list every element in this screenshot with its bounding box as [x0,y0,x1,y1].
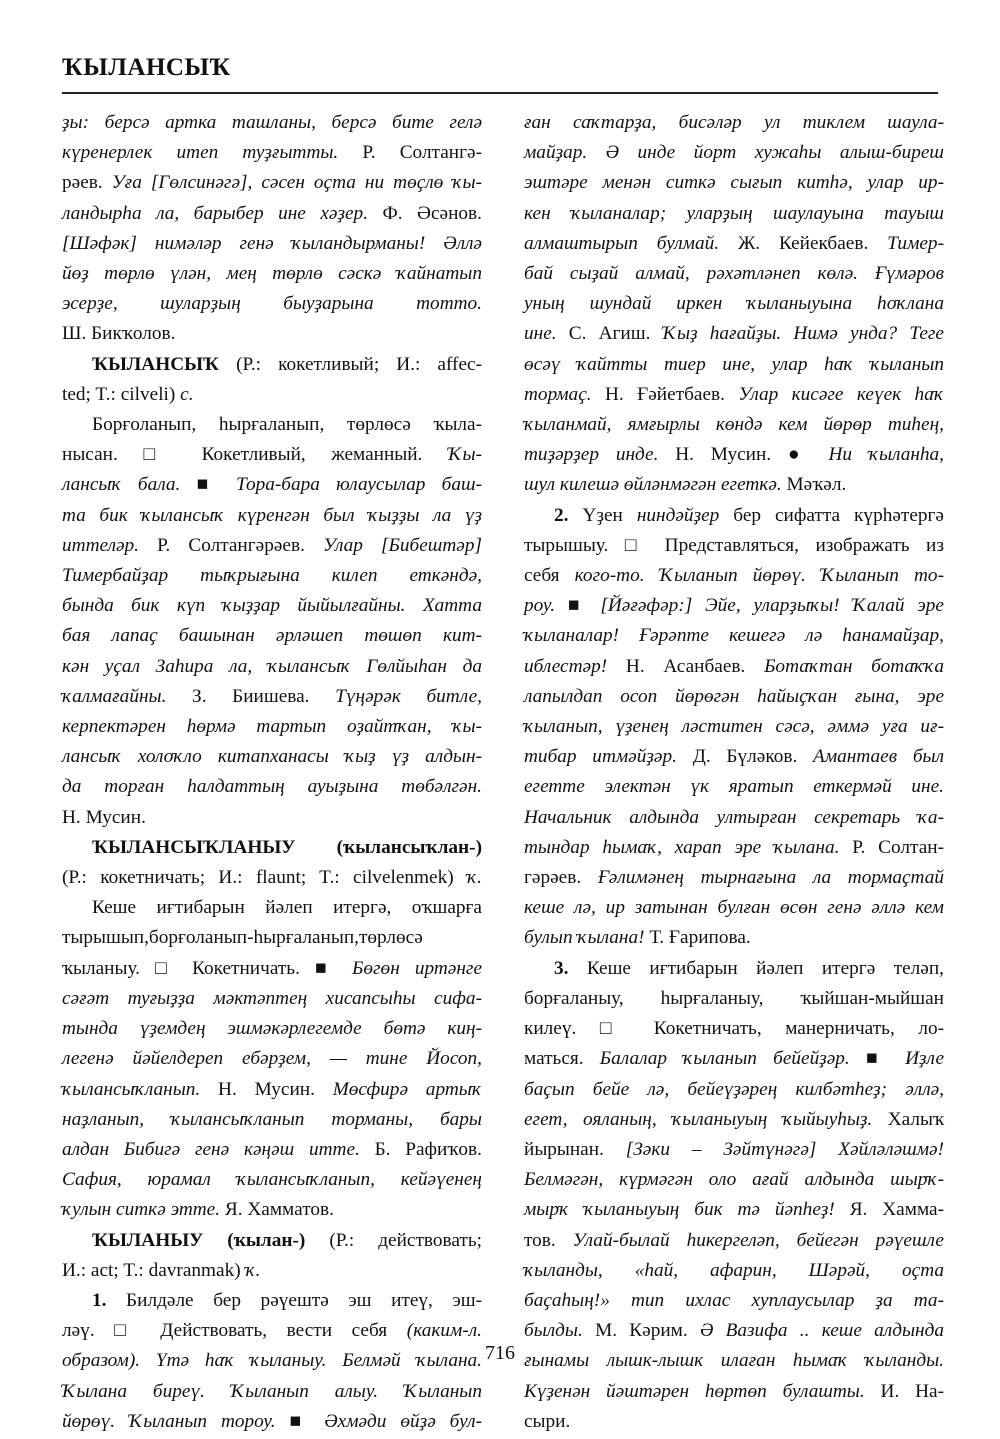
example-text: былды. [524,1320,595,1341]
example-text: Тора-бара юлаусылар баш- [236,474,482,495]
text-line: мырҡ ҡыланыуың бик тә йәпһеҙ! Я. Хамма- [524,1195,944,1225]
example-text: Ә Вазифа .. кеше алдында [700,1320,944,1341]
text-line: тырышып,борғоланып-һырғаланып,төрлөсә [62,923,482,953]
text-line: Ш. Бикҡолов. [62,319,482,349]
text-line: тиҙәрҙер инде. Н. Мусин. ● Ни ҡыланһа, [524,440,944,470]
example-text: Тимербайҙар тыҡрығына килеп еткәндә, [62,565,482,586]
body-text: И. На- [881,1381,944,1402]
text-line: ландырһа ла, барыбер ине хәҙер. Ф. Әсәно… [62,199,482,229]
text-line: Борғоланып, һырғаланып, төрлөсә ҡыла- [62,410,482,440]
example-text: с. [180,384,193,405]
text-line: нысан. □ Кокетливый, жеманный. Ҡы- [62,440,482,470]
body-text: Р. Солтангәрәев. [157,535,323,556]
text-line: уның шундай иркен ҡыланыуына һоҡлана [524,289,944,319]
text-line: роу. ■ [Йәғәфәр:] Эйе, уларҙыҡы! Ҡалай э… [524,591,944,621]
text-line: себя кого-то. Ҡыланып йөрөү. Ҡыланып то- [524,561,944,591]
example-text: егетте электән үк яратып еткермәй ине. [524,776,944,797]
example-text: уның шундай иркен ҡыланыуына һоҡлана [524,293,944,314]
example-text: Бөгөн иртәнге [352,958,482,979]
text-line: тов. Улай-былай һикергеләп, бейегән рәүе… [524,1226,944,1256]
example-text: Күҙенән йәштәрен һөртөп булашты. [524,1381,881,1402]
text-line: баҫып бейе лә, бейеүҙәрең килбәтһеҙ; әлл… [524,1075,944,1105]
example-text: бай сыҙай алмай, рәхәтләнеп көлә. Ғүмәро… [524,263,944,284]
body-text: гәрәев. [524,867,598,888]
headword: (ҡылансыҡлан-) [295,837,482,858]
text-line: лансыҡ холоҡло китапханасы ҡыҙ үҙ алдын- [62,742,482,772]
text-line: керпектәрен һөрмә тартып оҙайтҡан, ҡы- [62,712,482,742]
text-line: ған саҡтарҙа, бисәләр ул тиклем шаула- [524,108,944,138]
body-text: тов. [524,1230,573,1251]
text-line: Белмәгән, күрмәгән оло ағай алдында шырҡ… [524,1165,944,1195]
example-text: лансыҡ холоҡло китапханасы ҡыҙ үҙ алдын- [62,746,482,767]
headword: ҠЫЛАНСЫҠЛАНЫУ [92,837,295,858]
page-number: 716 [0,1342,1000,1365]
text-line: ҡылансыҡланып. Н. Мусин. Мөсфирә артыҡ [62,1075,482,1105]
body-text: ● [788,444,828,465]
text-line: егет, ояланың, ҡыланыуың ҡыйыуһыҙ. Халыҡ [524,1105,944,1135]
text-line: 1. Билдәле бер рәүештә эш итеү, эш- [62,1286,482,1316]
body-text: Р. Солтангә- [362,142,482,163]
example-text: Сафия, юрамал ҡылансыҡланып, кейәүенең [62,1169,482,1190]
body-text: Т. Ғарипова. [649,927,750,948]
text-line: бында бик күп ҡыҙҙар йыйылғайны. Хатта [62,591,482,621]
text-line: йөрөү. Ҡыланып тороу. ■ Әхмәди өйҙә бул- [62,1407,482,1437]
text-line: тибар итмәйҙәр. Д. Бүләков. Амантаев был [524,742,944,772]
example-text: Иҙле [905,1048,944,1069]
text-line: тында үҙемдең эшмәкәрлегемде бөтә киң- [62,1014,482,1044]
right-column: ған саҡтарҙа, бисәләр ул тиклем шаула-ма… [524,108,944,1437]
body-text: С. Агиш. [569,323,663,344]
text-line: 2. Үҙен ниндәйҙер бер сифатта күрһәтергә [524,501,944,531]
example-text: [Йәғәфәр:] Эйе, уларҙыҡы! Ҡалай эре [600,595,944,616]
text-line: иблестәр! Н. Асанбаев. Ботаҡтан ботаҡҡа [524,652,944,682]
example-text: мырҡ ҡыланыуың бик тә йәпһеҙ! [524,1199,850,1220]
example-text: күренерлек итеп туҙғытты. [62,142,362,163]
example-text: тормаҫ. [524,384,605,405]
example-text: (каким-л. [407,1320,482,1341]
body-text: Н. Асанбаев. [626,656,764,677]
text-line: лапылдап осоп йөрөгән һайыҫҡан ғына, эре [524,682,944,712]
text-line: легенә йәйелдереп ебәрҙем, — тине Йосоп, [62,1044,482,1074]
text-line: килеү. □ Кокетничать, манерничать, ло- [524,1014,944,1044]
text-line: ҡыланып, үҙенең ләститен сәсә, әммә уға … [524,712,944,742]
example-text: ине. [524,323,569,344]
example-text: Балалар ҡыланып бейейҙәр. [600,1048,866,1069]
example-text: наҙланып, ҡылансыҡланып торманы, бары [62,1109,482,1130]
text-line: шул килешә өйләнмәгән егеткә. Мәҡәл. [524,470,944,500]
example-text: иблестәр! [524,656,626,677]
example-text: шул килешә өйләнмәгән егеткә. [524,474,787,495]
example-text: та бик ҡылансыҡ күренгән был ҡыҙҙы ла үҙ [62,505,482,526]
example-text: ҡыланмай, ямғырлы көндә кем йөрөр тиһең, [524,414,944,435]
body-text: Билдәле бер рәүештә эш итеү, эш- [106,1290,482,1311]
example-text: Улай-былай һикергеләп, бейегән рәүешле [573,1230,944,1251]
text-line: ҡыланыу. □ Кокетничать. ■ Бөгөн иртәнге [62,954,482,984]
body-text: Р. Солтан- [852,837,944,858]
text-line: Начальник алдында ултырған секретарь ҡа- [524,803,944,833]
text-line: кеше лә, ир затынан булған өсөн генә әлл… [524,893,944,923]
headword: 2. [554,505,568,526]
headword: 3. [554,958,568,979]
running-head: ҠЫЛАНСЫҠ [62,54,231,82]
example-text: кән уҫал Заһира ла, ҡылансыҡ Гөлйыһан да [62,656,482,677]
example-text: баҫып бейе лә, бейеүҙәрең килбәтһеҙ; әлл… [524,1079,944,1100]
example-text: тында үҙемдең эшмәкәрлегемде бөтә киң- [62,1018,482,1039]
example-text: өсәү ҡайтты тиер ине, улар һаҡ ҡыланып [524,354,944,375]
body-text: Н. Мусин. [62,807,146,828]
body-text: рәев. [62,172,112,193]
example-text: кого-то. Ҡыланып йөрөү. Ҡыланып то- [575,565,944,586]
text-line: эсерҙе, шуларҙың быуҙарына тотто. [62,289,482,319]
example-text: баҫаһың!» тип ихлас хуплаусылар ҙа та- [524,1290,944,1311]
body-text: Борғоланып, һырғаланып, төрлөсә ҡыла- [92,414,482,435]
body-text: Н. Мусин. [218,1079,333,1100]
example-text: майҙар. Ә инде йорт хужаһы алыш-биреш [524,142,944,163]
text-line: ине. С. Агиш. Ҡыҙ һағайҙы. Нимә унда? Те… [524,319,944,349]
body-text: ■ [197,474,236,495]
example-text: алдан Бибигә генә кәңәш итте. [62,1139,375,1160]
example-text: Әхмәди өйҙә бул- [324,1411,482,1432]
body-text: Н. Мусин. [675,444,788,465]
example-text: ҡ. [245,1260,260,1281]
text-line: ҡыланалар! Ғәрәпте кешегә лә һанамайҙар, [524,621,944,651]
text-line: ҡыланмай, ямғырлы көндә кем йөрөр тиһең, [524,410,944,440]
text-line: 3. Кеше иғтибарын йәлеп итергә теләп, [524,954,944,984]
example-text: керпектәрен һөрмә тартып оҙайтҡан, ҡы- [62,716,482,737]
text-line: күренерлек итеп туҙғытты. Р. Солтангә- [62,138,482,168]
example-text: ған саҡтарҙа, бисәләр ул тиклем шаула- [524,112,944,133]
example-text: ҡыланып, үҙенең ләститен сәсә, әммә уға … [524,716,944,737]
example-text: кеше лә, ир затынан булған өсөн генә әлл… [524,897,944,918]
example-text: да торған һалдаттың ауыҙына төбәлгән. [62,776,482,797]
example-text: ландырһа ла, барыбер ине хәҙер. [62,203,383,224]
body-text: Ф. Әсәнов. [383,203,482,224]
body-text: килеү. □ Кокетничать, манерничать, ло- [524,1018,944,1039]
text-line: кен ҡыланалар; уларҙың шаулауына тауыш [524,199,944,229]
body-text: тырышып,борғоланып-һырғаланып,төрлөсә [62,927,423,948]
example-text: роу. [524,595,568,616]
body-text: Ж. Кейекбаев. [738,233,887,254]
body-text: ■ [568,595,600,616]
text-line: тормаҫ. Н. Ғәйетбаев. Улар кисәге кеүек … [524,380,944,410]
text-line: булып ҡылана! Т. Ғарипова. [524,923,944,953]
text-line: Күҙенән йәштәрен һөртөп булашты. И. На- [524,1377,944,1407]
headword: ҠЫЛАНЫУ [92,1230,203,1251]
example-text: иттеләр. [62,535,157,556]
example-text: Ҡыҙ һағайҙы. Нимә унда? Теге [663,323,944,344]
text-line: Кеше иғтибарын йәлеп итергә, оҡшарға [62,893,482,923]
example-text: ҡалмағайны. [62,686,192,707]
body-text: нысан. □ Кокетливый, жеманный. [62,444,448,465]
text-line: ҠЫЛАНЫУ (ҡылан-) (Р.: действовать; [62,1226,482,1256]
body-text: (Р.: кокетничать; И.: flaunt; T.: cilvel… [62,867,467,888]
example-text: Ҡылана биреү. Ҡыланып алыу. Ҡыланып [62,1381,482,1402]
example-text: йөрөү. Ҡыланып тороу. [62,1411,290,1432]
text-line: тырышыу. □ Представляться, изображать из [524,531,944,561]
text-line: наҙланып, ҡылансыҡланып торманы, бары [62,1105,482,1135]
body-text: ләү. □ Действовать, вести себя [62,1320,407,1341]
example-text: бында бик күп ҡыҙҙар йыйылғайны. Хатта [62,595,482,616]
text-line: егетте электән үк яратып еткермәй ине. [524,772,944,802]
example-text: ҡ. [467,867,482,888]
text-line: баҫаһың!» тип ихлас хуплаусылар ҙа та- [524,1286,944,1316]
body-text: маться. [524,1048,600,1069]
left-column: ҙы: берсә артка ташланы, берсә бите гелә… [62,108,482,1437]
body-text: ted; T.: cilveli) [62,384,180,405]
headword: ҠЫЛАНСЫҠ [92,354,219,375]
text-line: Н. Мусин. [62,803,482,833]
example-text: Уға [Гөлсинәгә], сәсен оҫта ни төҫлө ҡы- [112,172,482,193]
example-text: лансыҡ бала. [62,474,197,495]
body-text: Д. Бүләков. [693,746,813,767]
text-line: ҡулын ситкә этте. Я. Хамматов. [62,1195,482,1225]
text-line: Тимербайҙар тыҡрығына килеп еткәндә, [62,561,482,591]
text-line: ҠЫЛАНСЫҠ (Р.: кокетливый; И.: affec- [62,350,482,380]
text-line: ted; T.: cilveli) с. [62,380,482,410]
example-text: Түңәрәк битле, [335,686,482,707]
example-text: ҡылансыҡланып. [62,1079,218,1100]
example-text: ҡулын ситкә этте. [62,1199,225,1220]
text-line: сыри. [524,1407,944,1437]
example-text: Улар кисәге кеүек һаҡ [738,384,944,405]
example-text: Ботаҡтан ботаҡҡа [764,656,944,677]
example-text: йөҙ төрлө үлән, мең төрлө сәскә ҡайнатып [62,263,482,284]
example-text: Тимер- [887,233,944,254]
body-text: Н. Ғәйетбаев. [605,384,738,405]
header-rule [62,92,938,94]
text-line: [Шәфәк] нимәләр генә ҡыландырманы! Әллә [62,229,482,259]
example-text: эсерҙе, шуларҙың быуҙарына тотто. [62,293,482,314]
body-text: Я. Хамматов. [225,1199,334,1220]
example-text: егет, ояланың, ҡыланыуың ҡыйыуһыҙ. [524,1109,888,1130]
example-text: булып ҡылана! [524,927,649,948]
example-text: ҡыланалар! Ғәрәпте кешегә лә һанамайҙар, [524,625,944,646]
example-text: эштәре менән ситкә сығып китһә, улар ир- [524,172,944,193]
example-text: кен ҡыланалар; уларҙың шаулауына тауыш [524,203,944,224]
body-text: бер сифатта күрһәтергә [719,505,944,526]
text-line: иттеләр. Р. Солтангәрәев. Улар [Бибештәр… [62,531,482,561]
text-line: гәрәев. Ғәлимәнең тырнағына ла тормаҫтай [524,863,944,893]
body-text: З. Биишева. [192,686,335,707]
example-text: ҡыланды, «һай, афарин, Шәрәй, оҫта [524,1260,944,1281]
body-text: Ш. Бикҡолов. [62,323,175,344]
example-text: [Зәки – Зәйтүнәгә] Хәйләләшмә! [626,1139,944,1160]
text-line: алмаштырып булмай. Ж. Кейекбаев. Тимер- [524,229,944,259]
body-text: себя [524,565,575,586]
example-text: ниндәйҙер [637,505,719,526]
text-line: сәғәт туғыҙҙа мәктәптең хисапсыһы сифа- [62,984,482,1014]
body-text: (Р.: действовать; [305,1230,482,1251]
headword: (ҡылан-) [203,1230,305,1251]
body-text: ■ [315,958,352,979]
body-text: И.: act; T.: davranmak) [62,1260,245,1281]
text-line: эштәре менән ситкә сығып китһә, улар ир- [524,168,944,198]
text-line: лансыҡ бала. ■ Тора-бара юлаусылар баш- [62,470,482,500]
text-line: ҡыланды, «һай, афарин, Шәрәй, оҫта [524,1256,944,1286]
text-line: та бик ҡылансыҡ күренгән был ҡыҙҙы ла үҙ [62,501,482,531]
text-line: (Р.: кокетничать; И.: flaunt; T.: cilvel… [62,863,482,893]
example-text: тибар итмәйҙәр. [524,746,693,767]
text-line: майҙар. Ә инде йорт хужаһы алыш-биреш [524,138,944,168]
example-text: тиҙәрҙер инде. [524,444,675,465]
example-text: Ҡы- [448,444,482,465]
body-text: борғаланыу, һырғаланыу, ҡыйшан-мыйшан [524,988,944,1009]
example-text: Улар [Бибештәр] [323,535,482,556]
example-text: [Шәфәк] нимәләр генә ҡыландырманы! Әллә [62,233,482,254]
example-text: ҙы: берсә артка ташланы, берсә бите гелә [62,112,482,133]
example-text: бая лапаҫ башынан әрләшеп төшөп кит- [62,625,482,646]
example-text: легенә йәйелдереп ебәрҙем, — тине Йосоп, [62,1048,482,1069]
body-text: (Р.: кокетливый; И.: affec- [219,354,482,375]
example-text: Ни ҡыланһа, [828,444,944,465]
text-line: Ҡылана биреү. Ҡыланып алыу. Ҡыланып [62,1377,482,1407]
text-line: рәев. Уға [Гөлсинәгә], сәсен оҫта ни төҫ… [62,168,482,198]
example-text: Начальник алдында ултырған секретарь ҡа- [524,807,944,828]
body-text: ■ [866,1048,905,1069]
body-text: Кеше иғтибарын йәлеп итергә теләп, [568,958,944,979]
text-line: алдан Бибигә генә кәңәш итте. Б. Рафиҡов… [62,1135,482,1165]
body-text: Мәҡәл. [787,474,847,495]
text-line: ҠЫЛАНСЫҠЛАНЫУ (ҡылансыҡлан-) [62,833,482,863]
body-text: ■ [290,1411,325,1432]
example-text: сәғәт туғыҙҙа мәктәптең хисапсыһы сифа- [62,988,482,1009]
body-text: Я. Хамма- [850,1199,944,1220]
body-text: М. Кәрим. [595,1320,700,1341]
text-line: өсәү ҡайтты тиер ине, улар һаҡ ҡыланып [524,350,944,380]
text-line: Сафия, юрамал ҡылансыҡланып, кейәүенең [62,1165,482,1195]
body-text: Б. Рафиҡов. [375,1139,482,1160]
body-text: тырышыу. □ Представляться, изображать из [524,535,944,556]
example-text: Амантаев был [813,746,944,767]
body-text: ҡыланыу. □ Кокетничать. [62,958,315,979]
text-line: маться. Балалар ҡыланып бейейҙәр. ■ Иҙле [524,1044,944,1074]
body-text: Кеше иғтибарын йәлеп итергә, оҡшарға [92,897,482,918]
text-line: бай сыҙай алмай, рәхәтләнеп көлә. Ғүмәро… [524,259,944,289]
example-text: Белмәгән, күрмәгән оло ағай алдында шырҡ… [524,1169,944,1190]
example-text: тындар һымаҡ, харап эре ҡылана. [524,837,852,858]
body-text: сыри. [524,1411,570,1432]
text-line: ҡалмағайны. З. Биишева. Түңәрәк битле, [62,682,482,712]
text-line: тындар һымаҡ, харап эре ҡылана. Р. Солта… [524,833,944,863]
example-text: Ғәлимәнең тырнағына ла тормаҫтай [598,867,944,888]
text-line: да торған һалдаттың ауыҙына төбәлгән. [62,772,482,802]
example-text: Мөсфирә артыҡ [333,1079,482,1100]
example-text: алмаштырып булмай. [524,233,738,254]
text-line: ҙы: берсә артка ташланы, берсә бите гелә [62,108,482,138]
text-line: кән уҫал Заһира ла, ҡылансыҡ Гөлйыһан да [62,652,482,682]
example-text: лапылдап осоп йөрөгән һайыҫҡан ғына, эре [524,686,944,707]
text-line: И.: act; T.: davranmak) ҡ. [62,1256,482,1286]
body-text: Үҙен [568,505,636,526]
body-text: Халыҡ [888,1109,944,1130]
text-line: йөҙ төрлө үлән, мең төрлө сәскә ҡайнатып [62,259,482,289]
text-line: борғаланыу, һырғаланыу, ҡыйшан-мыйшан [524,984,944,1014]
headword: 1. [92,1290,106,1311]
text-line: йырынан. [Зәки – Зәйтүнәгә] Хәйләләшмә! [524,1135,944,1165]
body-text: йырынан. [524,1139,626,1160]
text-line: бая лапаҫ башынан әрләшеп төшөп кит- [62,621,482,651]
